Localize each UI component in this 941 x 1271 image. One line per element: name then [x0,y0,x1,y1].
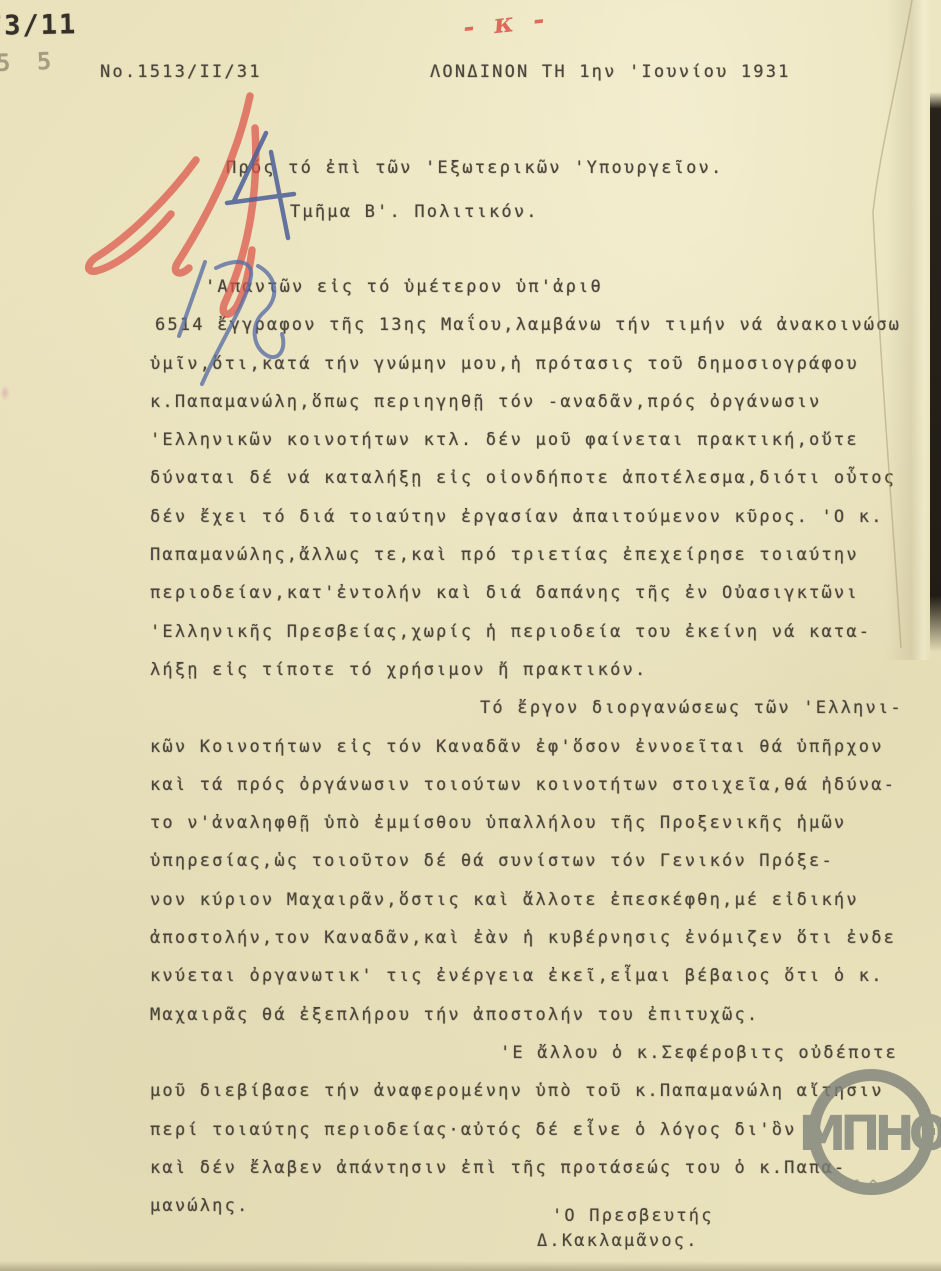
scanned-letter-page: 73/11 5 5 - κ - No.1513/II/31 ΛΟΝΔΙΝΟΝ Τ… [0,0,941,1271]
archive-stamp-letters: ΜΠΗΘ [799,1106,941,1162]
body-line: κ.Παπαμανώλη,ὅπως περιηγηθῇ τόν -αναδᾶν,… [150,383,941,421]
archive-stamp-bottom-marks: ^ ^ [851,1178,879,1194]
body-line: ὑμῖν,ὅτι,κατά τήν γνώμην μου,ἡ πρότασις … [150,345,941,383]
corner-archive-number-faded: 5 5 [0,47,58,77]
corner-archive-number: 73/11 [0,9,78,42]
recipient-line: Πρός τό ἐπὶ τῶν 'Εξωτερικῶν 'Υπουργεῖον. [226,158,723,178]
body-line: 'Ελληνικῆς Πρεσβείας,χωρίς ἡ περιοδεία τ… [150,613,941,651]
blue-number-4-mark [227,133,294,238]
protocol-number: No.1513/II/31 [100,62,262,82]
body-line: το ν'ἀναληφθῇ ὑπὸ ἐμμίσθου ὑπαλλήλου τῆς… [150,804,941,842]
body-line: Παπαμανώλης,ἄλλως τε,καὶ πρό τριετίας ἐπ… [150,536,941,574]
body-line: 6514 ἔγγραφον τῆς 13ης Μαΐου,λαμβάνω τήν… [150,306,941,344]
body-line: 'Απαντῶν εἰς τό ὑμέτερον ὑπ'ἀριθ [150,268,941,306]
body-line: νον κύριον Μαχαιρᾶν,ὅστις καὶ ἄλλοτε ἐπε… [150,881,941,919]
body-line: ἀποστολήν,τον Καναδᾶν,καὶ ἐὰν ἡ κυβέρνησ… [150,919,941,957]
body-line: 'Ελληνικῶν κοινοτήτων κτλ. δέν μοῦ φαίνε… [150,421,941,459]
body-line: ὑπηρεσίας,ὡς τοιοῦτον δέ θά συνίστων τόν… [150,842,941,880]
department-line: Τμῆμα Β'. Πολιτικόν. [290,202,539,222]
body-line: κῶν Κοινοτήτων εἰς τόν Καναδᾶν ἐφ'ὅσον ἐ… [150,728,941,766]
body-line: λήξῃ εἰς τίποτε τό χρήσιμον ἤ πρακτικόν. [150,651,941,689]
scan-bottom-edge-shadow [0,1261,941,1271]
body-line: κνύεται ὀργανωτικ' τις ἐνέργεια ἐκεῖ,εἶμ… [150,957,941,995]
body-line: δύναται δέ νά καταλήξῃ εἰς οἱονδήποτε ἀπ… [150,459,941,497]
body-line: περιοδείαν,κατ'ἐντολήν καὶ διά δαπάνης τ… [150,574,941,612]
dateline: ΛΟΝΔΙΝΟΝ ΤΗ 1ην 'Ιουνίου 1931 [430,62,791,82]
body-line: Τό ἔργον διοργανώσεως τῶν 'Ελληνι- [150,689,941,727]
red-check-mark: - κ - [462,4,551,44]
signature-name: Δ.Κακλαμᾶνος. [537,1231,699,1251]
body-line: Μαχαιρᾶς θά ἐξεπλήρου τήν ἀποστολήν του … [150,996,941,1034]
signature-title: 'Ο Πρεσβευτής [552,1206,714,1226]
body-line: καὶ τά πρός ὀργάνωσιν τοιούτων κοινοτήτω… [150,766,941,804]
archive-stamp: ΜΠΗΘ ^ ^ [795,1058,941,1214]
paper-smudge [0,385,10,401]
body-line: δέν ἔχει τό διά τοιαύτην ἐργασίαν ἀπαιτο… [150,498,941,536]
